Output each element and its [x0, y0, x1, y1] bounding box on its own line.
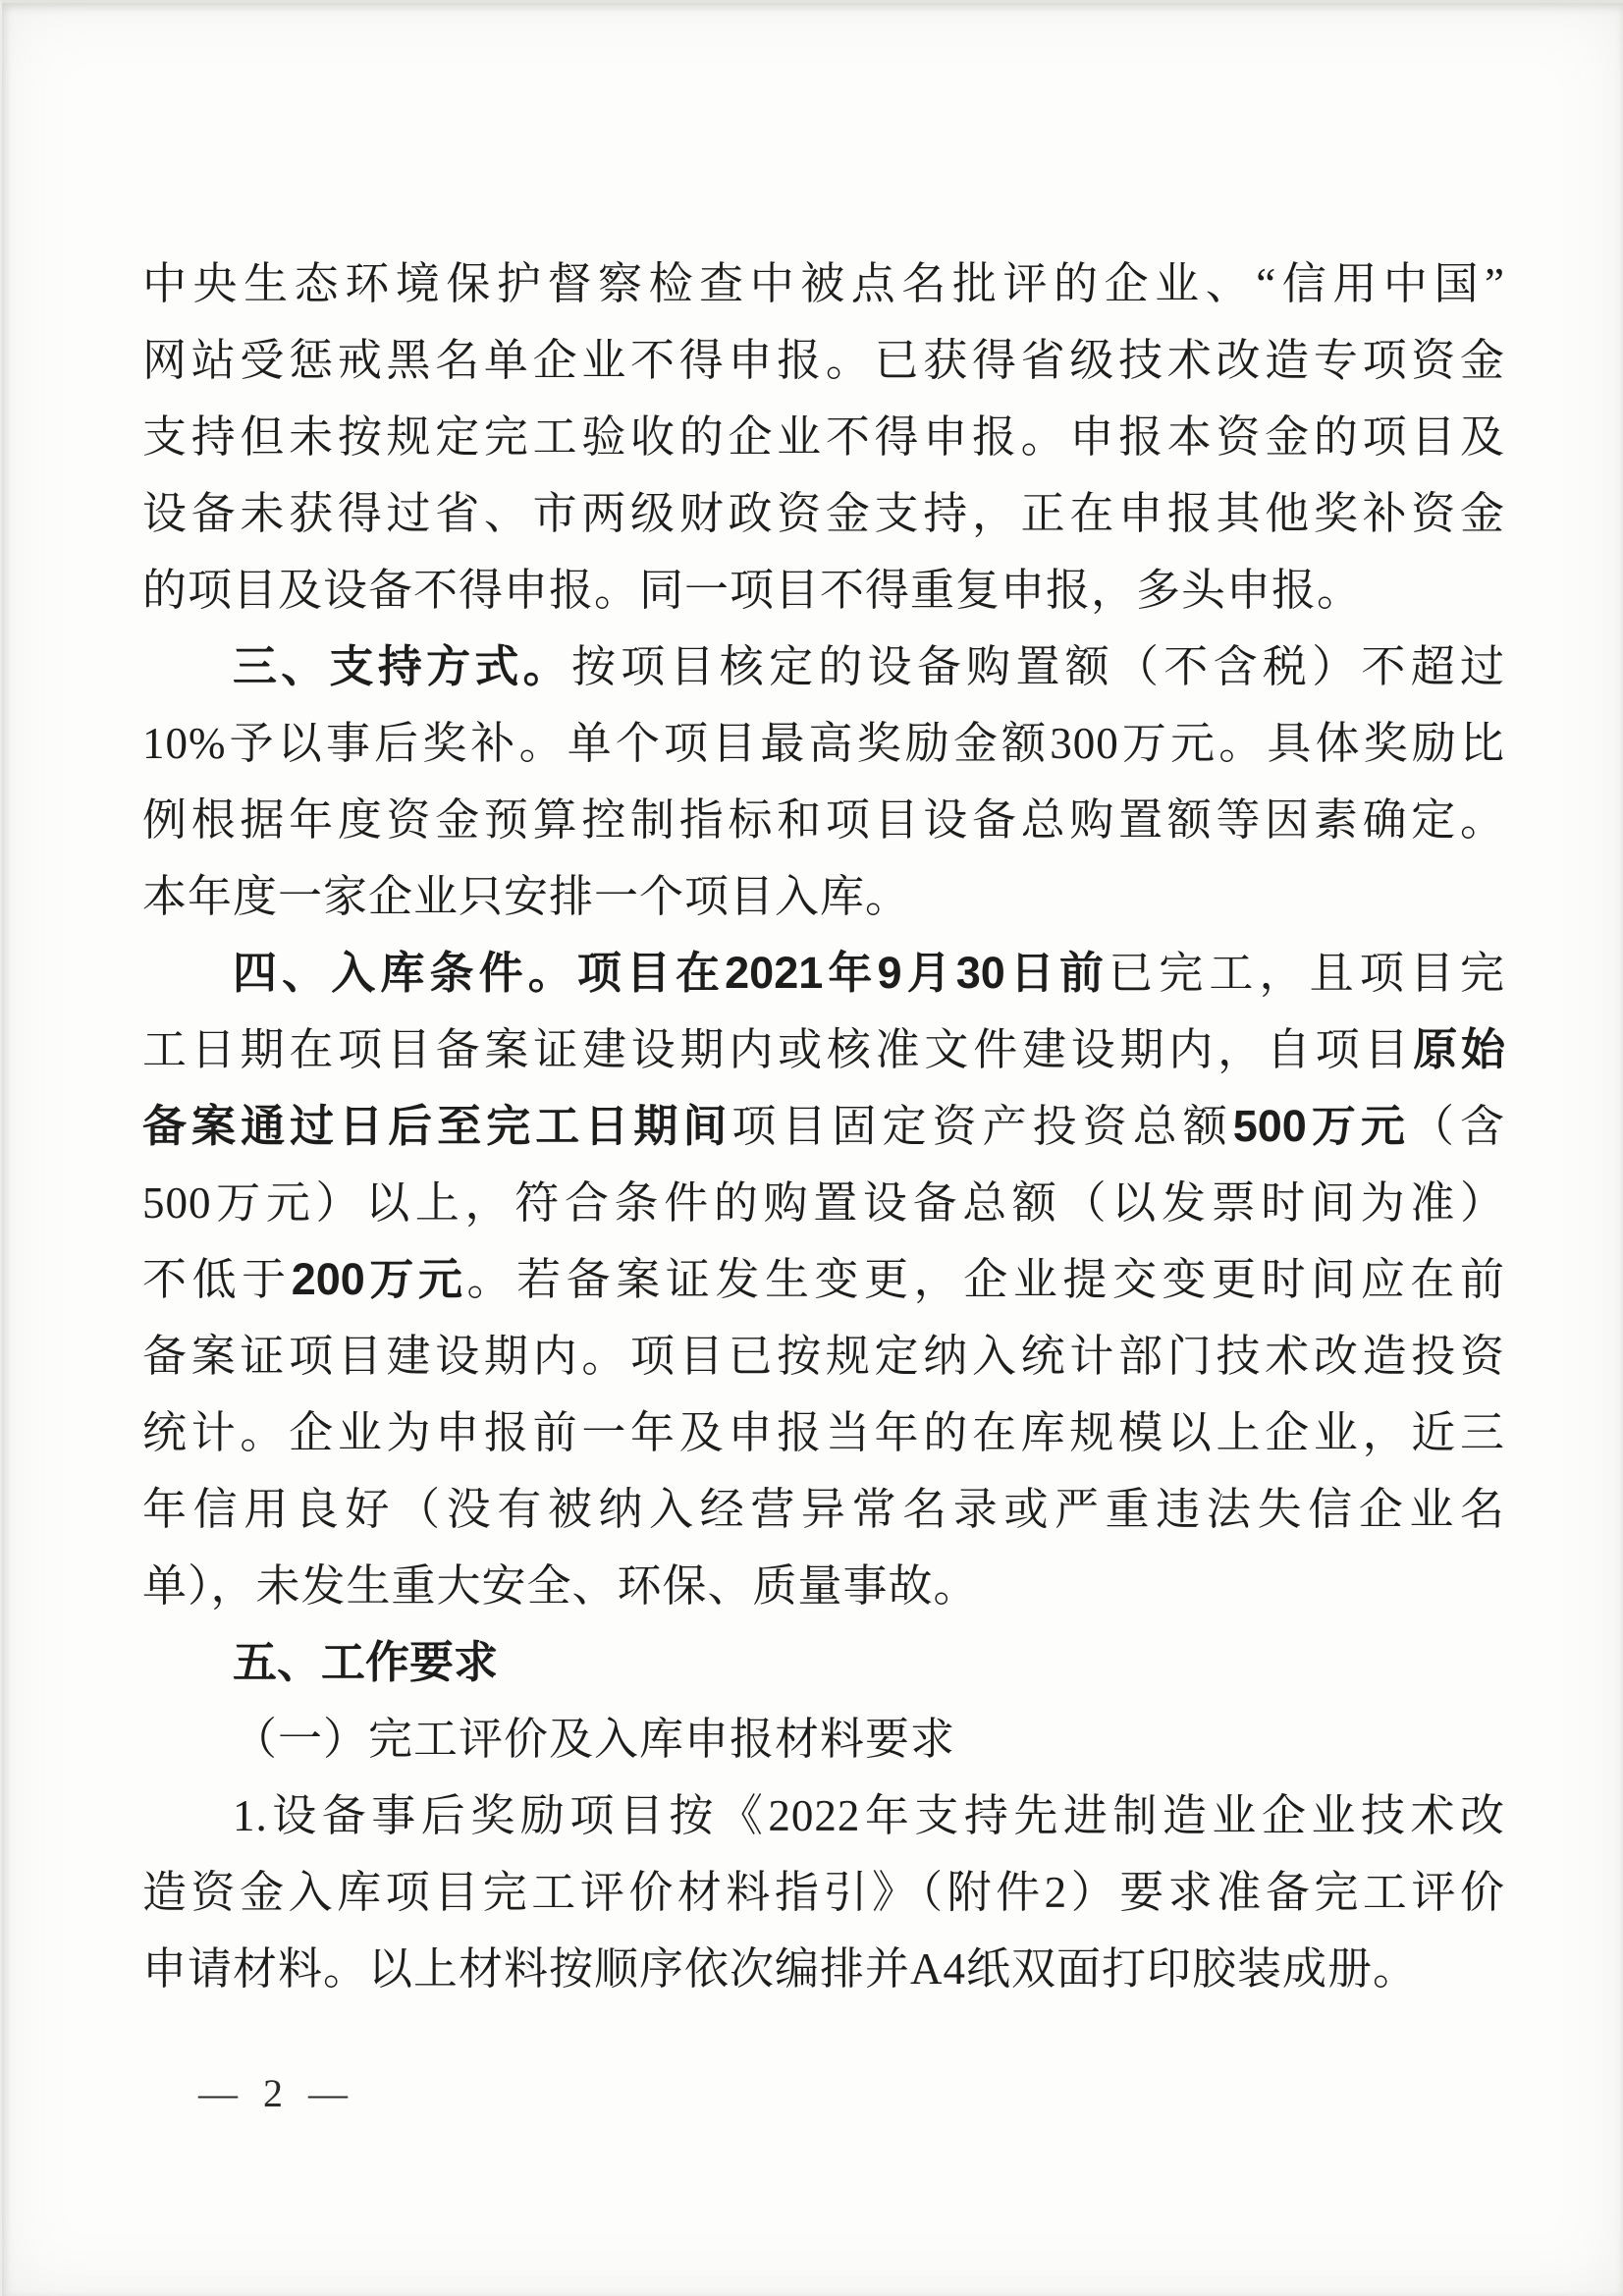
text-segment: 申请材料。以上材料按顺序依次编排并A4纸双面打印胶装成册。 — [142, 1944, 1418, 1994]
text-line: 造资金入库项目完工评价材料指引》（附件2）要求准备完工评价 — [142, 1854, 1505, 1931]
emphasis-text-segment: 200万元 — [292, 1254, 467, 1304]
text-line: 的项目及设备不得申报。同一项目不得重复申报，多头申报。 — [142, 552, 1505, 629]
emphasis-text-segment: 原始 — [1413, 1024, 1505, 1074]
text-segment: 项目固定资产投资总额 — [731, 1102, 1232, 1151]
text-segment: 已完工，且项目完 — [1109, 949, 1505, 998]
text-line: 工日期在项目备案证建设期内或核准文件建设期内，自项目原始 — [142, 1011, 1505, 1088]
text-line: 10%予以事后奖补。单个项目最高奖励金额300万元。具体奖励比 — [142, 705, 1505, 782]
text-segment: 年信用良好（没有被纳入经营异常名录或严重违法失信企业名 — [142, 1485, 1505, 1534]
text-segment: 例根据年度资金预算控制指标和项目设备总购置额等因素确定。 — [142, 795, 1505, 845]
emphasis-text-segment: 四、入库条件。 — [233, 948, 577, 998]
document-body: 中央生态环境保护督察检查中被点名批评的企业、“信用中国”网站受惩戒黑名单企业不得… — [142, 246, 1505, 2007]
text-segment: 统计。企业为申报前一年及申报当年的在库规模以上企业，近三 — [142, 1408, 1505, 1457]
text-segment: 本年度一家企业只安排一个项目入库。 — [142, 872, 910, 921]
text-segment: 10%予以事后奖补。单个项目最高奖励金额300万元。具体奖励比 — [142, 719, 1505, 768]
text-segment: （含 — [1410, 1102, 1505, 1151]
text-segment: 网站受惩戒黑名单企业不得申报。已获得省级技术改造专项资金 — [142, 336, 1505, 385]
text-line: 网站受惩戒黑名单企业不得申报。已获得省级技术改造专项资金 — [142, 322, 1505, 399]
text-line: 五、工作要求 — [142, 1624, 1505, 1701]
emphasis-text-segment: 500万元 — [1233, 1101, 1410, 1151]
text-line: 单），未发生重大安全、环保、质量事故。 — [142, 1548, 1505, 1624]
text-segment: 单），未发生重大安全、环保、质量事故。 — [142, 1561, 979, 1611]
text-segment: 。若备案证发生变更，企业提交变更时间应在前 — [467, 1255, 1505, 1304]
text-line: 备案证项目建设期内。项目已按规定纳入统计部门技术改造投资 — [142, 1318, 1505, 1394]
text-segment: 设备未获得过省、市两级财政资金支持，正在申报其他奖补资金 — [142, 489, 1505, 538]
text-line: 备案通过日后至完工日期间项目固定资产投资总额500万元（含 — [142, 1088, 1505, 1165]
text-segment: 备案证项目建设期内。项目已按规定纳入统计部门技术改造投资 — [142, 1332, 1505, 1381]
emphasis-text-segment: 项目在2021年9月30日前 — [577, 948, 1109, 998]
text-line: 不低于200万元。若备案证发生变更，企业提交变更时间应在前 — [142, 1241, 1505, 1318]
text-line: 四、入库条件。项目在2021年9月30日前已完工，且项目完 — [142, 935, 1505, 1011]
emphasis-text-segment: 备案通过日后至完工日期间 — [142, 1101, 731, 1151]
text-segment: 的项目及设备不得申报。同一项目不得重复申报，多头申报。 — [142, 566, 1362, 615]
text-line: 申请材料。以上材料按顺序依次编排并A4纸双面打印胶装成册。 — [142, 1931, 1505, 2007]
text-line: 中央生态环境保护督察检查中被点名批评的企业、“信用中国” — [142, 246, 1505, 322]
text-segment: 500万元）以上，符合条件的购置设备总额（以发票时间为准） — [142, 1178, 1505, 1228]
text-segment: 按项目核定的设备购置额（不含税）不超过 — [571, 642, 1505, 691]
text-segment: 不低于 — [142, 1255, 292, 1304]
text-line: 例根据年度资金预算控制指标和项目设备总购置额等因素确定。 — [142, 782, 1505, 858]
page-number: — 2 — — [198, 2070, 355, 2116]
text-line: 1.设备事后奖励项目按《2022年支持先进制造业企业技术改 — [142, 1777, 1505, 1854]
text-line: 三、支持方式。按项目核定的设备购置额（不含税）不超过 — [142, 629, 1505, 705]
text-segment: 1.设备事后奖励项目按《2022年支持先进制造业企业技术改 — [233, 1791, 1505, 1840]
text-line: 本年度一家企业只安排一个项目入库。 — [142, 858, 1505, 935]
emphasis-text-segment: 五、工作要求 — [233, 1637, 498, 1687]
text-line: 设备未获得过省、市两级财政资金支持，正在申报其他奖补资金 — [142, 475, 1505, 552]
text-line: 统计。企业为申报前一年及申报当年的在库规模以上企业，近三 — [142, 1394, 1505, 1471]
emphasis-text-segment: 三、支持方式。 — [233, 641, 571, 691]
text-line: 年信用良好（没有被纳入经营异常名录或严重违法失信企业名 — [142, 1471, 1505, 1548]
text-segment: （一）完工评价及入库申报材料要求 — [233, 1715, 955, 1764]
text-line: （一）完工评价及入库申报材料要求 — [142, 1701, 1505, 1777]
text-line: 支持但未按规定完工验收的企业不得申报。申报本资金的项目及 — [142, 399, 1505, 475]
text-segment: 中央生态环境保护督察检查中被点名批评的企业、“信用中国” — [142, 259, 1505, 308]
text-segment: 造资金入库项目完工评价材料指引》（附件2）要求准备完工评价 — [142, 1868, 1505, 1917]
text-segment: 支持但未按规定完工验收的企业不得申报。申报本资金的项目及 — [142, 412, 1505, 462]
text-line: 500万元）以上，符合条件的购置设备总额（以发票时间为准） — [142, 1165, 1505, 1241]
text-segment: 工日期在项目备案证建设期内或核准文件建设期内，自项目 — [142, 1025, 1413, 1074]
